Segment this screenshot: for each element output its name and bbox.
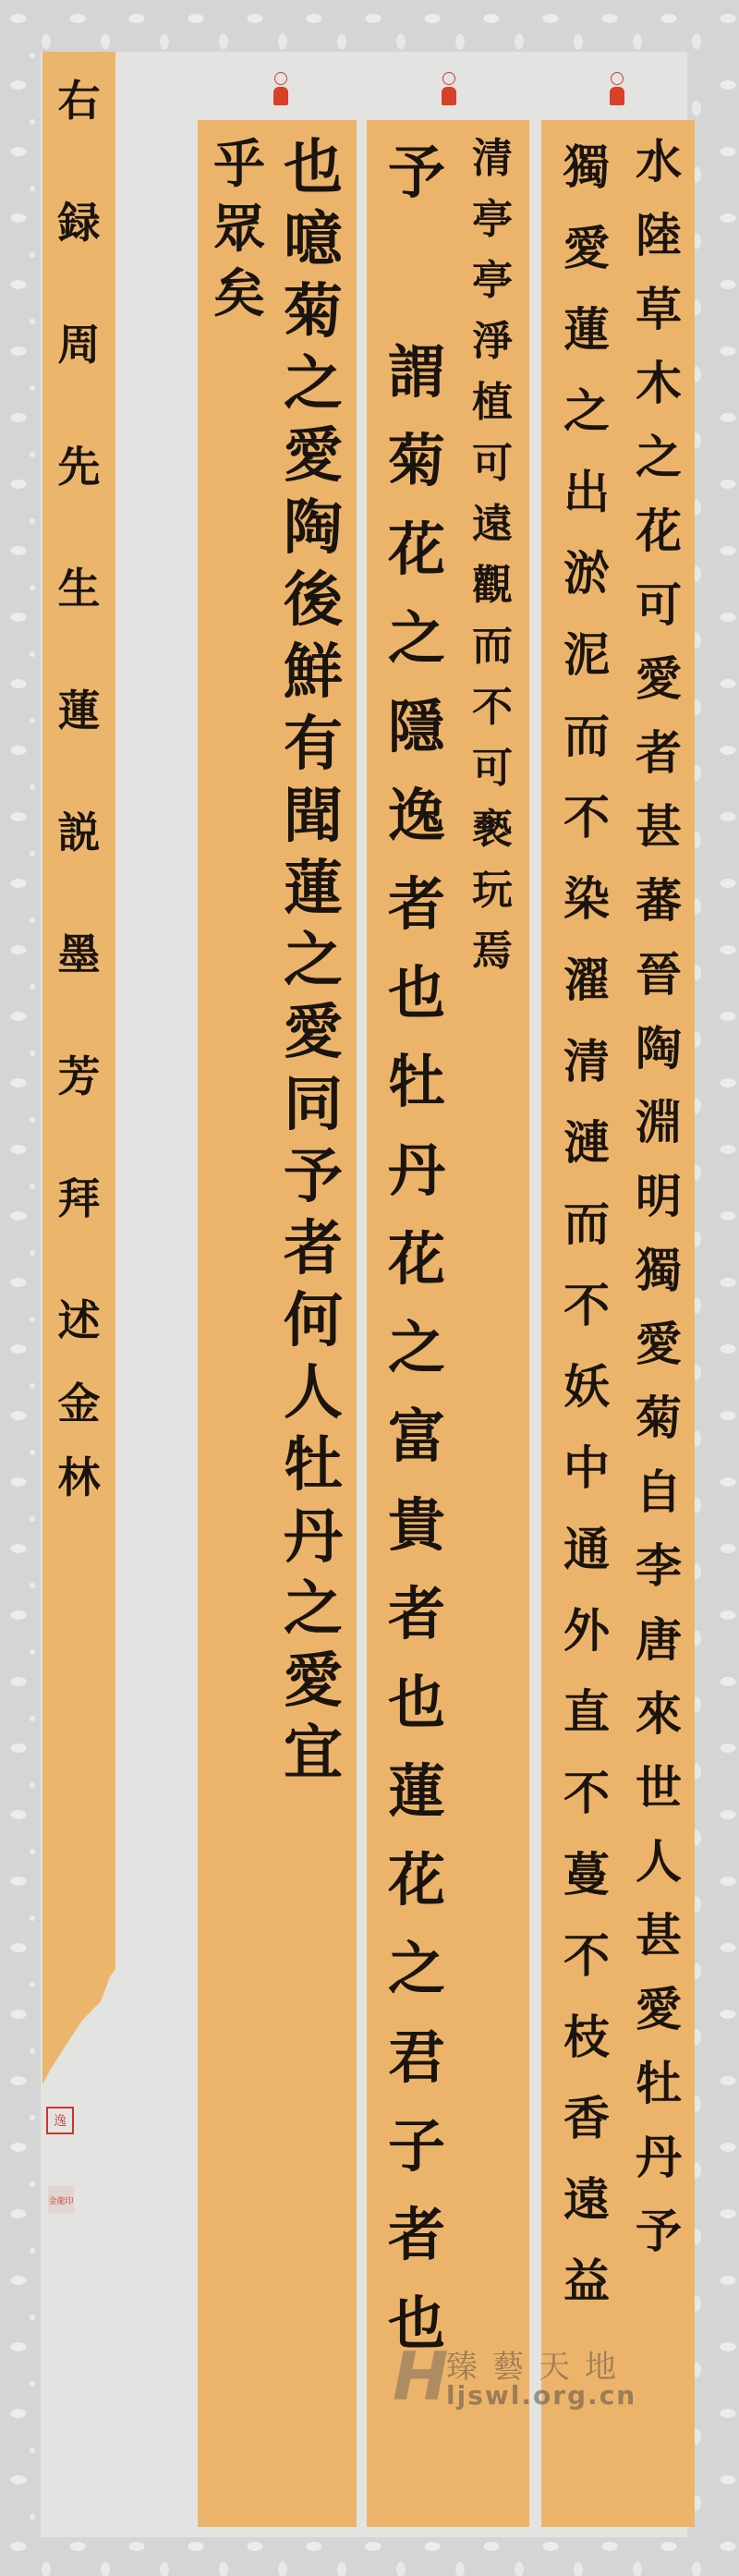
calligraphy-char: 矣: [213, 268, 265, 320]
calligraphy-char: 也: [388, 965, 445, 1022]
inscription-char: 説: [58, 811, 101, 854]
calligraphy-char: 者: [636, 730, 682, 776]
calligraphy-char: 褻: [472, 809, 513, 850]
calligraphy-char: 者: [284, 1220, 343, 1279]
calligraphy-char: 晉: [636, 952, 682, 998]
square-seal-icon: 金龍印: [48, 2186, 74, 2214]
calligraphy-char: 鮮: [284, 643, 343, 702]
inscription-char: 先: [58, 445, 101, 488]
inscription-char: 林: [58, 1456, 101, 1499]
inscription-column: 右 録 周 先 生 蓮 説 墨 芳 拜 述 金 林: [42, 79, 115, 1499]
calligraphy-char: 花: [388, 521, 445, 578]
calligraphy-char: 可: [472, 748, 513, 789]
square-seal-icon: 逸: [46, 2107, 74, 2134]
calligraphy-char: 益: [563, 2258, 610, 2304]
calligraphy-char: 花: [388, 1231, 445, 1288]
calligraphy-char: 遠: [472, 504, 513, 545]
calligraphy-char: 愛: [636, 656, 682, 702]
calligraphy-char: 出: [563, 469, 610, 516]
calligraphy-char: 蓮: [284, 859, 343, 918]
calligraphy-char: 不: [563, 795, 610, 841]
calligraphy-char: 觀: [472, 565, 513, 606]
calligraphy-char: 直: [563, 1689, 610, 1735]
inscription-char: 金: [58, 1382, 101, 1425]
text-panel-right: 水 陸 草 木 之 花 可 愛 者 甚 蕃 晉 陶 淵 明 獨 愛 菊 自 李 …: [541, 120, 695, 2527]
calligraphy-char: 不: [563, 1770, 610, 1817]
calligraphy-char: 陸: [636, 213, 682, 259]
calligraphy-char: 菊: [388, 432, 445, 490]
calligraphy-char: 之: [388, 610, 445, 667]
calligraphy-char: 之: [284, 1580, 343, 1639]
calligraphy-char: 菊: [284, 283, 343, 342]
calligraphy-char: 聞: [284, 787, 343, 846]
calligraphy-char: 蕃: [636, 878, 682, 924]
calligraphy-char: 之: [284, 931, 343, 990]
calligraphy-char: 自: [636, 1469, 682, 1515]
inscription-char: 墨: [58, 933, 101, 976]
calligraphy-char: 花: [636, 508, 682, 554]
text-panel-middle: 清 亭 亭 淨 植 可 遠 觀 而 不 可 褻 玩 焉 予 謂 菊 花 之 隱 …: [367, 120, 529, 2527]
watermark-logo-icon: H: [393, 2338, 448, 2415]
buddha-seal-icon: [442, 72, 456, 107]
buddha-seal-icon: [273, 72, 288, 107]
calligraphy-char: 草: [636, 286, 682, 333]
calligraphy-char: 世: [636, 1765, 682, 1811]
text-column: 水 陸 草 木 之 花 可 愛 者 甚 蕃 晉 陶 淵 明 獨 愛 菊 自 李 …: [623, 139, 695, 2254]
text-column: 清 亭 亭 淨 植 可 遠 觀 而 不 可 褻 玩 焉: [455, 139, 529, 972]
calligraphy-char: 不: [472, 687, 513, 728]
calligraphy-char: 淤: [563, 551, 610, 597]
calligraphy-char: 子: [388, 2118, 445, 2175]
inscription-char: 録: [58, 201, 101, 244]
calligraphy-char: 金龍印: [48, 2194, 73, 2206]
calligraphy-char: 唐: [636, 1617, 682, 1663]
calligraphy-char: 清: [472, 139, 513, 179]
calligraphy-char: 謂: [388, 344, 445, 401]
calligraphy-char: 者: [388, 2206, 445, 2264]
calligraphy-char: 噫: [284, 211, 343, 270]
calligraphy-char: 牡: [284, 1436, 343, 1495]
calligraphy-char: 而: [563, 1201, 610, 1247]
calligraphy-char: 愛: [284, 427, 343, 486]
calligraphy-char: 之: [636, 434, 682, 480]
calligraphy-char: 君: [388, 2029, 445, 2086]
calligraphy-char: 而: [563, 713, 610, 759]
inscription-char: 述: [58, 1299, 101, 1342]
calligraphy-char: 同: [284, 1075, 343, 1135]
calligraphy-char: 丹: [636, 2134, 682, 2181]
calligraphy-char: 不: [563, 1282, 610, 1329]
calligraphy-char: 丹: [388, 1142, 445, 1199]
calligraphy-char: 者: [388, 1586, 445, 1643]
calligraphy-char: 蓮: [563, 307, 610, 353]
calligraphy-char: 予: [388, 144, 445, 201]
inscription-char: 拜: [58, 1177, 101, 1220]
calligraphy-char: 後: [284, 571, 343, 630]
calligraphy-char: 之: [388, 1319, 445, 1377]
inscription-char: 生: [58, 567, 101, 610]
calligraphy-char: 獨: [563, 144, 610, 190]
calligraphy-char: 焉: [472, 931, 513, 972]
inscription-strip: 右 録 周 先 生 蓮 説 墨 芳 拜 述 金 林: [42, 52, 115, 2084]
calligraphy-char: 乎: [213, 139, 265, 190]
text-column: 予 謂 菊 花 之 隱 逸 者 也 牡 丹 花 之 富 貴 者 也 蓮 花 之 …: [378, 144, 455, 2352]
calligraphy-char: 富: [388, 1408, 445, 1465]
calligraphy-char: 予: [636, 2208, 682, 2254]
calligraphy-char: 丹: [284, 1508, 343, 1567]
calligraphy-char: 何: [284, 1292, 343, 1351]
calligraphy-char: 愛: [636, 1987, 682, 2033]
calligraphy-char: 亭: [472, 261, 513, 301]
calligraphy-char: 花: [388, 1852, 445, 1909]
calligraphy-char: 來: [636, 1691, 682, 1737]
calligraphy-char: 不: [563, 1933, 610, 1979]
calligraphy-char: 也: [284, 139, 343, 198]
calligraphy-char: 木: [636, 360, 682, 407]
calligraphy-char: 泥: [563, 632, 610, 678]
text-column: 獨 愛 蓮 之 出 淤 泥 而 不 染 濯 清 漣 而 不 妖 中 通 外 直 …: [551, 144, 623, 2304]
calligraphy-char: 植: [472, 383, 513, 423]
calligraphy-char: 菊: [636, 1395, 682, 1441]
inscription-char: 右: [58, 79, 101, 122]
calligraphy-char: 水: [636, 139, 682, 185]
calligraphy-char: 愛: [563, 225, 610, 272]
calligraphy-char: 之: [563, 388, 610, 434]
text-column: 也 噫 菊 之 愛 陶 後 鮮 有 聞 蓮 之 愛 同 予 者 何 人 牡 丹 …: [273, 139, 353, 1783]
calligraphy-char: 染: [563, 876, 610, 922]
calligraphy-char: 遠: [563, 2177, 610, 2223]
calligraphy-char: 淨: [472, 322, 513, 362]
calligraphy-char: 牡: [636, 2060, 682, 2107]
calligraphy-char: 清: [563, 1039, 610, 1085]
calligraphy-char: 甚: [636, 1913, 682, 1959]
calligraphy-char: 亭: [472, 200, 513, 240]
calligraphy-char: 貴: [388, 1497, 445, 1554]
calligraphy-char: 可: [636, 582, 682, 628]
calligraphy-char: 玩: [472, 870, 513, 911]
calligraphy-char: 獨: [636, 1247, 682, 1294]
inscription-char: 蓮: [58, 689, 101, 732]
calligraphy-char: 予: [284, 1148, 343, 1207]
calligraphy-char: 蓮: [388, 1763, 445, 1820]
calligraphy-char: 也: [388, 1674, 445, 1732]
calligraphy-char: 有: [284, 715, 343, 774]
calligraphy-char: 而: [472, 626, 513, 667]
inscription-char: 周: [58, 323, 101, 366]
watermark-url: ljswl.org.cn: [446, 2380, 636, 2411]
text-column: 乎 眾 矣: [205, 139, 273, 320]
calligraphy-char: 外: [563, 1608, 610, 1654]
calligraphy-char: 陶: [284, 499, 343, 558]
buddha-seal-icon: [610, 72, 624, 107]
calligraphy-char: 眾: [213, 203, 265, 255]
calligraphy-char: 逸: [388, 787, 445, 844]
calligraphy-char: 濯: [563, 957, 610, 1003]
calligraphy-char: 者: [388, 876, 445, 933]
text-panel-left: 也 噫 菊 之 愛 陶 後 鮮 有 聞 蓮 之 愛 同 予 者 何 人 牡 丹 …: [198, 120, 357, 2527]
calligraphy-char: 之: [284, 355, 343, 414]
calligraphy-char: 通: [563, 1526, 610, 1573]
calligraphy-char: 可: [472, 444, 513, 484]
inscription-char: 芳: [58, 1055, 101, 1098]
calligraphy-char: 李: [636, 1543, 682, 1589]
calligraphy-char: 愛: [284, 1652, 343, 1711]
calligraphy-char: 之: [388, 1940, 445, 1998]
calligraphy-char: 逸: [54, 2111, 67, 2130]
calligraphy-char: 牡: [388, 1053, 445, 1111]
calligraphy-char: 妖: [563, 1364, 610, 1410]
calligraphy-char: 蔓: [563, 1852, 610, 1898]
calligraphy-char: 枝: [563, 2014, 610, 2060]
calligraphy-char: 宜: [284, 1724, 343, 1783]
calligraphy-char: 陶: [636, 1026, 682, 1072]
calligraphy-char: 愛: [636, 1321, 682, 1367]
calligraphy-char: 愛: [284, 1003, 343, 1063]
calligraphy-char: 香: [563, 2096, 610, 2142]
calligraphy-char: 漣: [563, 1120, 610, 1166]
calligraphy-char: 甚: [636, 804, 682, 850]
calligraphy-char: 隱: [388, 699, 445, 756]
calligraphy-char: 人: [284, 1364, 343, 1423]
calligraphy-char: 淵: [636, 1100, 682, 1146]
calligraphy-char: 明: [636, 1173, 682, 1220]
calligraphy-char: 中: [563, 1445, 610, 1491]
calligraphy-char: 人: [636, 1839, 682, 1885]
